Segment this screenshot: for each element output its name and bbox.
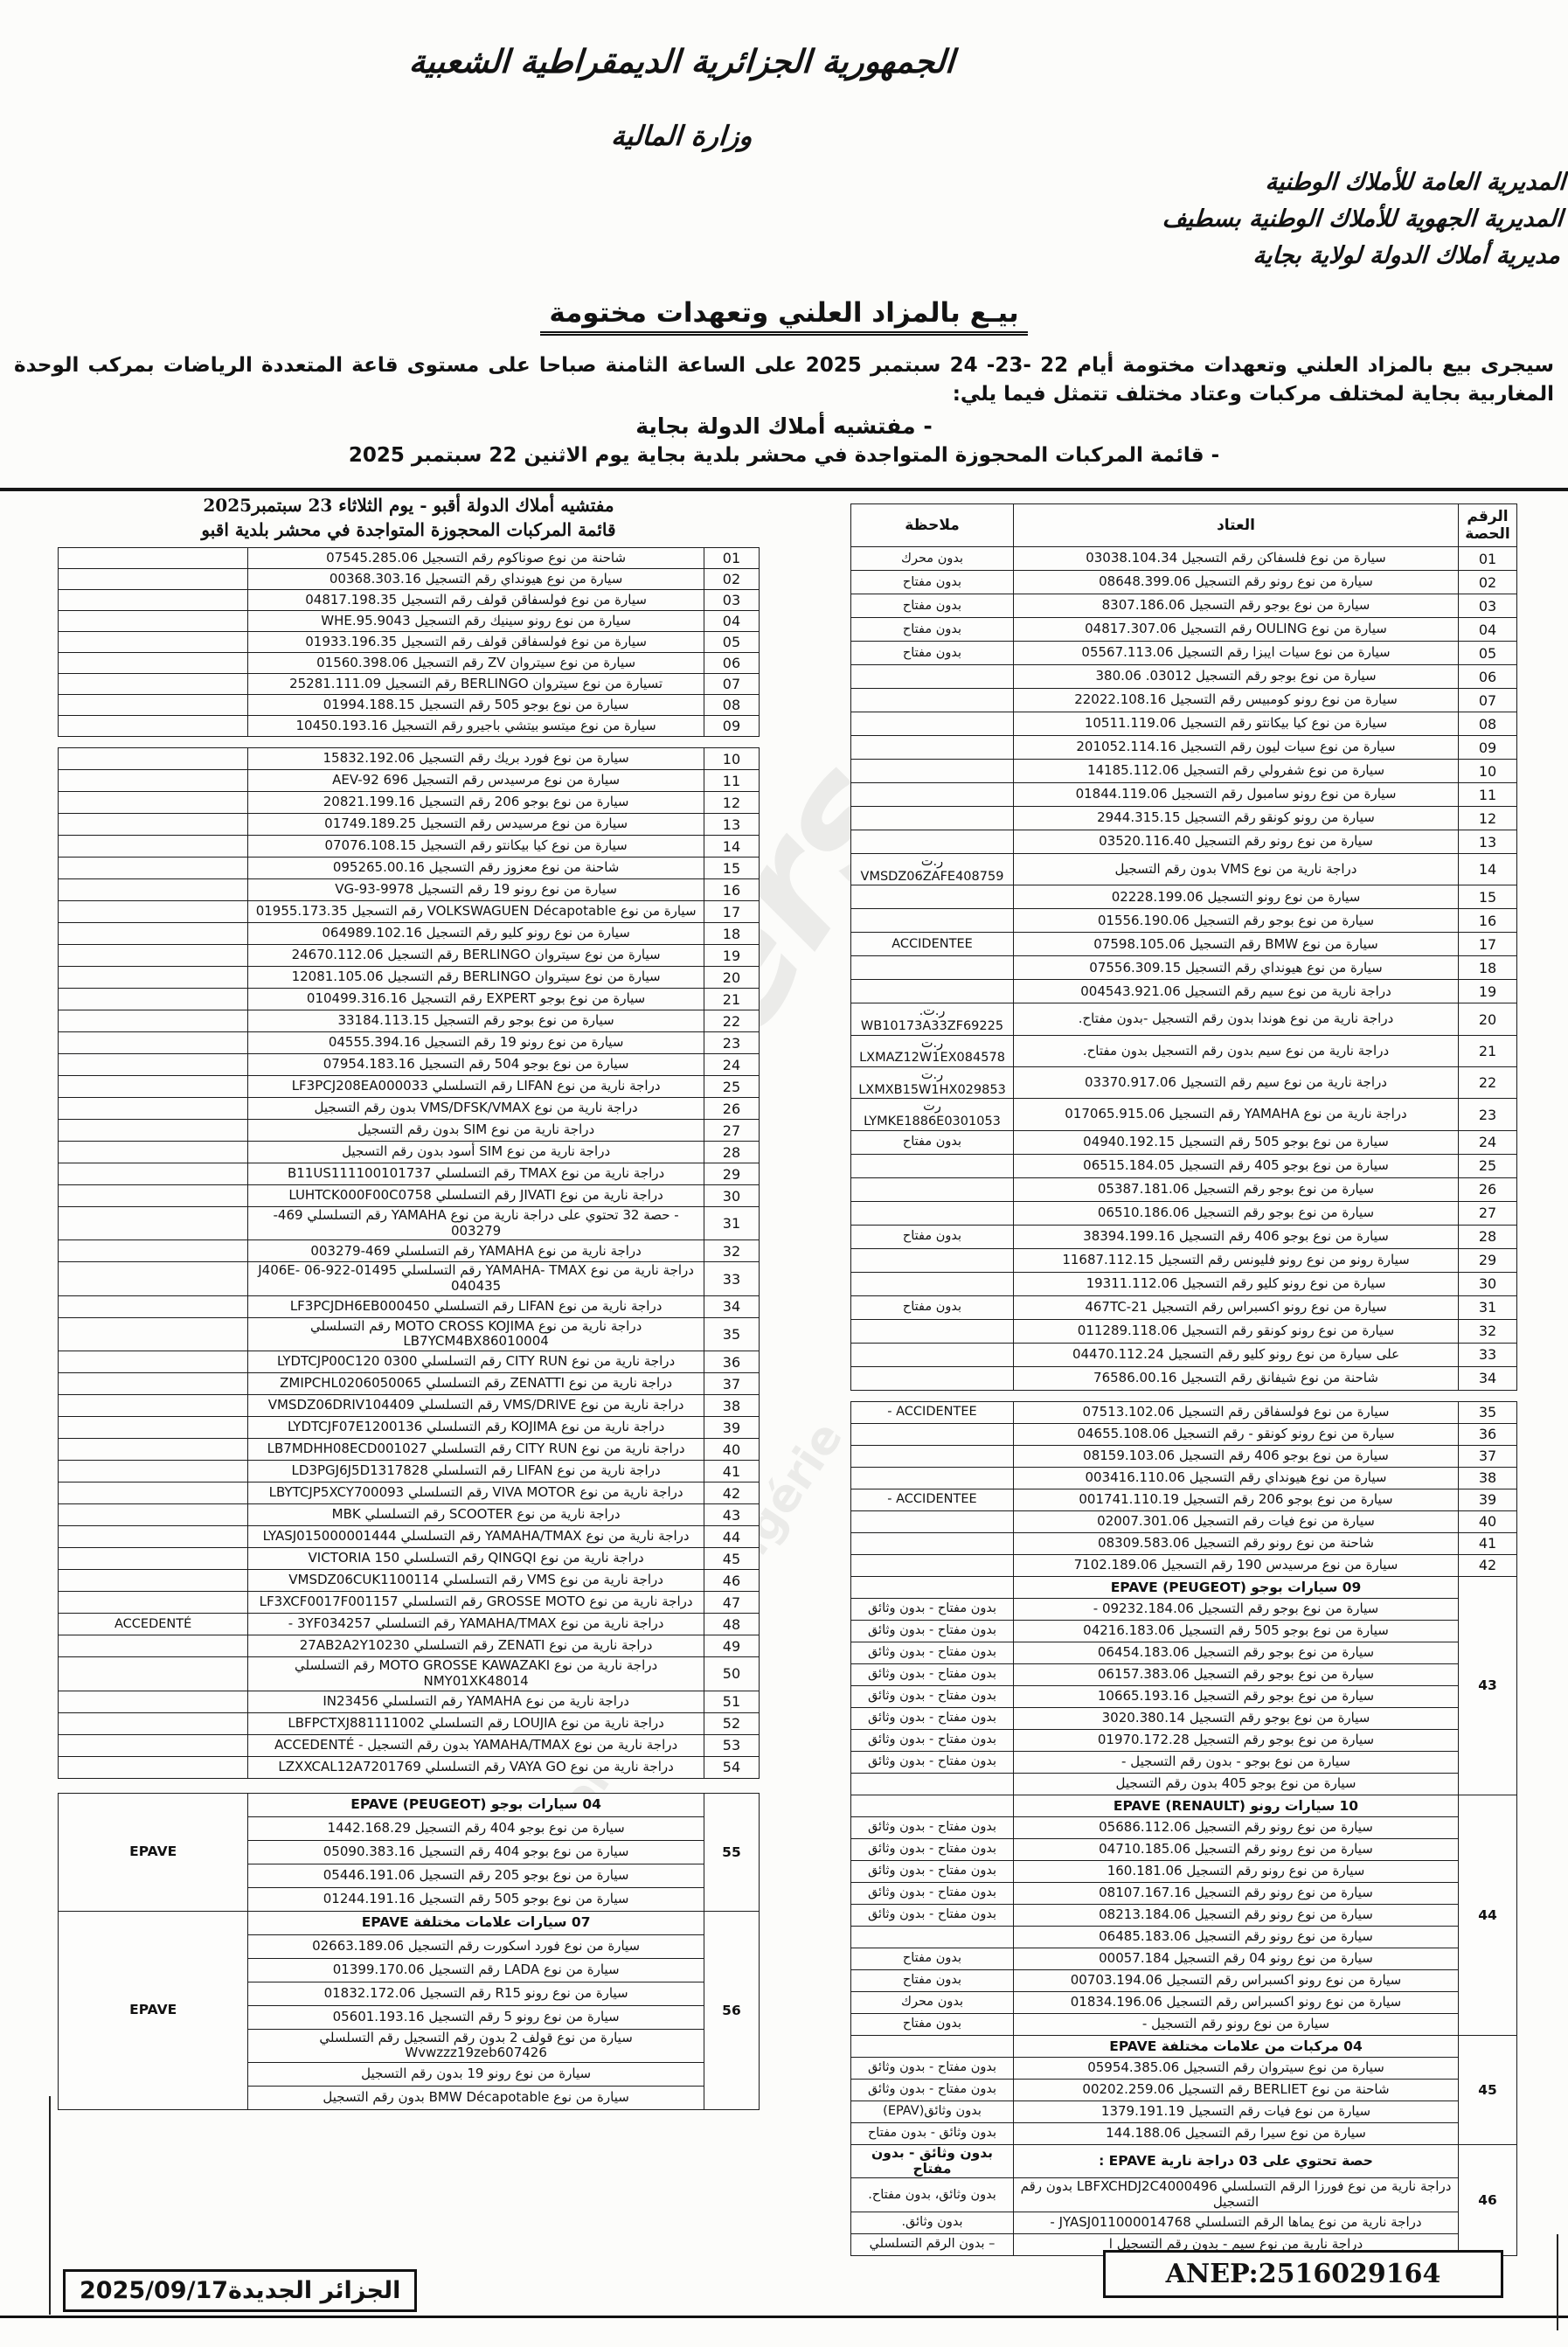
equipment-cell: شاحنة من نوع صوناكوم رقم التسجيل 07545.2… — [248, 548, 704, 569]
table-row: 34دراجة نارية من نوع LIFAN رقم التسلسلي … — [59, 1295, 760, 1317]
lot-number-cell: 46 — [704, 1570, 759, 1592]
right-edge-line — [1557, 2234, 1558, 2330]
equipment-cell: دراجة نارية من نوع JIVATI رقم التسلسلي L… — [248, 1185, 704, 1207]
table-row: سيارة من نوع رونو اكسبراس رقم التسجيل 00… — [851, 1969, 1517, 1991]
note-cell — [59, 1295, 248, 1317]
lot-number-cell: 02 — [1459, 571, 1517, 594]
table-row: 36سيارة من نوع رونو كونقو - رقم التسجيل … — [851, 1423, 1517, 1445]
section-divider — [0, 488, 1568, 491]
lot-number-cell: 44 — [1459, 1795, 1517, 2035]
note-cell — [59, 569, 248, 590]
equipment-cell: سيارة من نوع سيتروان BERLINGO رقم التسجي… — [248, 967, 704, 989]
lot-number-cell: 40 — [1459, 1510, 1517, 1532]
equipment-cell: سيارة من نوع كيا بيكانتو رقم التسجيل 070… — [248, 836, 704, 858]
group-header-row: 46حصة تحتوي على 03 دراجة نارية EPAVE :بد… — [851, 2144, 1517, 2178]
equipment-cell: سيارة من نوع رونو R15 رقم التسجيل 01832.… — [248, 1982, 704, 2005]
table-row: 22دراجة نارية من نوع سيم رقم التسجيل 033… — [851, 1067, 1517, 1099]
equipment-cell: سيارة رونو من نوع رونو فليونس رقم التسجي… — [1014, 1248, 1459, 1272]
ministry-heading: وزارة المالية — [471, 121, 893, 152]
lot-number-cell: 30 — [704, 1185, 759, 1207]
note-cell: بدون مفتاح — [851, 1225, 1014, 1248]
equipment-cell: سيارة من نوع بوجو 505 رقم التسجيل 01994.… — [248, 695, 704, 716]
lot-number-cell: 21 — [1459, 1035, 1517, 1066]
equipment-cell: سيارة من نوع مرسيدس رقم التسجيل 696 AEV-… — [248, 770, 704, 792]
equipment-cell: دراجة نارية من نوع VMS/DFSK/VMAX بدون رق… — [248, 1098, 704, 1120]
note-cell — [59, 632, 248, 653]
note-cell: بدون مفتاح - بدون وثائق — [851, 1882, 1014, 1904]
equipment-cell: سيارة من نوع بوجو رقم التسجيل 06454.183.… — [1014, 1642, 1459, 1663]
document-title: بيـع بالمزاد العلني وتعهدات مختومة — [0, 297, 1568, 329]
note-cell — [851, 1272, 1014, 1295]
lot-number-cell: 51 — [704, 1691, 759, 1712]
note-cell — [59, 814, 248, 836]
lot-number-cell: 03 — [704, 590, 759, 611]
lot-number-cell: 30 — [1459, 1272, 1517, 1295]
lot-number-cell: 10 — [1459, 760, 1517, 783]
lot-number-cell: 24 — [704, 1054, 759, 1076]
note-cell — [59, 1032, 248, 1054]
table-row: 11سيارة من نوع رونو سامبول رقم التسجيل 0… — [851, 783, 1517, 807]
note-cell: بدون مفتاح - بدون وثائق — [851, 2079, 1014, 2100]
table-row: 50دراجة نارية من نوع MOTO GROSSE KAWAZAK… — [59, 1657, 760, 1691]
equipment-cell: سيارة من نوع بوجو 505 رقم التسجيل 01244.… — [248, 1887, 704, 1911]
document-title-text: بيـع بالمزاد العلني وتعهدات مختومة — [540, 297, 1027, 336]
table-row: 20سيارة من نوع سيتروان BERLINGO رقم التس… — [59, 967, 760, 989]
table-row: 52دراجة نارية من نوع LOUJIA رقم التسلسلي… — [59, 1712, 760, 1734]
equipment-cell: دراجة نارية من نوع فورزا الرقم التسلسلي … — [1014, 2178, 1459, 2212]
lot-number-cell: 22 — [1459, 1067, 1517, 1099]
lot-number-cell: 03 — [1459, 594, 1517, 618]
equipment-cell: سيارة من نوع BMW Décapotable بدون رقم ال… — [248, 2086, 704, 2109]
lot-number-cell: 04 — [704, 611, 759, 632]
equipment-cell: سيارة من نوع رونو 19 رقم التسجيل 04555.3… — [248, 1032, 704, 1054]
equipment-cell: دراجة نارية من نوع CITY RUN رقم التسلسلي… — [248, 1439, 704, 1461]
table-row: 40سيارة من نوع فيات رقم التسجيل 02007.30… — [851, 1510, 1517, 1532]
lot-number-cell: 20 — [704, 967, 759, 989]
note-cell — [59, 1185, 248, 1207]
directorates-block: المديرية العامة للأملاك الوطنية المديرية… — [1159, 164, 1567, 274]
note-cell — [59, 1010, 248, 1032]
equipment-cell: سيارة من نوع بوجو رقم التسجيل 10665.193.… — [1014, 1685, 1459, 1707]
lot-number-cell: 32 — [1459, 1319, 1517, 1343]
equipment-cell: شاحنة من نوع شيفانق رقم التسجيل 76586.00… — [1014, 1366, 1459, 1390]
table-row: 03سيارة من نوع فولسفاقن قولف رقم التسجيل… — [59, 590, 760, 611]
note-cell: بدون مفتاح - بدون وثائق — [851, 1838, 1014, 1860]
note-cell — [851, 760, 1014, 783]
equipment-cell: سيارة من نوع رونو كومبيس رقم التسجيل 220… — [1014, 689, 1459, 712]
equipment-cell: سيارة من نوع رونو سينيك رقم التسجيل 9043… — [248, 611, 704, 632]
note-cell: بدون وثائق. — [851, 2212, 1014, 2233]
lot-number-cell: 43 — [1459, 1576, 1517, 1795]
note-cell — [59, 1317, 248, 1351]
note-cell: ر.ت LXMXB15W1HX029853 — [851, 1067, 1014, 1099]
note-cell — [59, 858, 248, 879]
table-row: 23دراجة نارية من نوع YAMAHA رقم التسجيل … — [851, 1099, 1517, 1130]
equipment-cell: سيارة من نوع رونو رقم التسجيل - — [1014, 2013, 1459, 2035]
equipment-cell: سيارة من نوع بوجو رقم التسجيل 05387.181.… — [1014, 1177, 1459, 1201]
lot-number-cell: 11 — [1459, 783, 1517, 807]
table-row: 02سيارة من نوع هيونداي رقم التسجيل 00368… — [59, 569, 760, 590]
note-cell: بدون محرك — [851, 1991, 1014, 2013]
lot-number-cell: 14 — [1459, 854, 1517, 885]
note-cell — [59, 1120, 248, 1142]
equipment-cell: سيارة من نوع بوجو رقم التسجيل 06510.186.… — [1014, 1201, 1459, 1225]
lot-number-cell: 11 — [704, 770, 759, 792]
table-row: 53دراجة نارية من نوع YAMAHA/TMAX بدون رق… — [59, 1734, 760, 1756]
equipment-cell: سيارة من نوع شفرولي رقم التسجيل 14185.11… — [1014, 760, 1459, 783]
lot-number-cell: 29 — [704, 1163, 759, 1185]
equipment-cell: دراجة نارية من نوع هوندا بدون رقم التسجي… — [1014, 1003, 1459, 1035]
bejaia-header-row: الرقم الحصة العتاد ملاحظة — [851, 504, 1517, 547]
equipment-cell: دراجة نارية من نوع MOTO GROSSE KAWAZAKI … — [248, 1657, 704, 1691]
equipment-cell: سيارة من نوع رونو رقم التسجيل 03520.116.… — [1014, 830, 1459, 854]
equipment-cell: 09 سيارات بوجو EPAVE (PEUGEOT) — [1014, 1576, 1459, 1598]
lot-number-cell: 22 — [704, 1010, 759, 1032]
lot-number-cell: 26 — [1459, 1177, 1517, 1201]
equipment-cell: سيارة من نوع رونو 04 رقم التسجيل 00057.1… — [1014, 1948, 1459, 1969]
table-row: 21دراجة نارية من نوع سيم بدون رقم التسجي… — [851, 1035, 1517, 1066]
table-row: 41دراجة نارية من نوع LIFAN رقم التسلسلي … — [59, 1461, 760, 1482]
lot-number-cell: 42 — [704, 1482, 759, 1504]
table-row: 30دراجة نارية من نوع JIVATI رقم التسلسلي… — [59, 1185, 760, 1207]
table-row: 12سيارة من نوع بوجو 206 رقم التسجيل 2082… — [59, 792, 760, 814]
lot-number-cell: 46 — [1459, 2144, 1517, 2255]
anep-reference-box: ANEP:2516029164 — [1103, 2250, 1503, 2298]
lot-number-cell: 05 — [704, 632, 759, 653]
table-row: 09سيارة من نوع سيات ليون رقم التسجيل 201… — [851, 736, 1517, 760]
table-row: 06سيارة من نوع بوجو رقم التسجيل 03012. 3… — [851, 665, 1517, 689]
equipment-cell: سيارة من نوع هيونداي رقم التسجيل 00368.3… — [248, 569, 704, 590]
lot-number-cell: 25 — [1459, 1154, 1517, 1177]
equipment-cell: دراجة نارية من نوع LIFAN رقم التسلسلي LD… — [248, 1461, 704, 1482]
note-cell: EPAVE — [59, 1911, 248, 2109]
lot-number-cell: 33 — [704, 1262, 759, 1295]
note-cell — [851, 736, 1014, 760]
note-cell: بدون مفتاح - بدون وثائق — [851, 2057, 1014, 2079]
lot-number-cell: 01 — [704, 548, 759, 569]
note-cell: بدون مفتاح - بدون وثائق — [851, 1663, 1014, 1685]
table-row: سيارة من نوع سيرا رقم التسجيل 144.188.06… — [851, 2122, 1517, 2144]
equipment-cell: سيارة من نوع OULING رقم التسجيل 04817.30… — [1014, 618, 1459, 642]
note-cell — [59, 653, 248, 674]
table-row: 04سيارة من نوع رونو سينيك رقم التسجيل 90… — [59, 611, 760, 632]
table-row: 17سيارة من نوع VOLKSWAGUEN Décapotable ر… — [59, 901, 760, 923]
equipment-cell: دراجة نارية من نوع YAMAHA رقم التسلسلي 4… — [248, 1240, 704, 1262]
lot-number-cell: 47 — [704, 1592, 759, 1614]
lot-number-cell: 06 — [704, 653, 759, 674]
equipment-cell: 04 سيارات بوجو EPAVE (PEUGEOT) — [248, 1793, 704, 1816]
equipment-cell: سيارة من نوع رونو رقم التسجيل 04710.185.… — [1014, 1838, 1459, 1860]
table-row: 33دراجة نارية من نوع YAMAHA- TMAX رقم ال… — [59, 1262, 760, 1295]
note-cell: بدون مفتاح - بدون وثائق — [851, 1860, 1014, 1882]
equipment-cell: سيارة من نوع بوجو رقم التسجيل 03012. 380… — [1014, 665, 1459, 689]
note-cell — [851, 1423, 1014, 1445]
table-row: 39دراجة نارية من نوع KOJIMA رقم التسلسلي… — [59, 1417, 760, 1439]
lot-number-cell: 09 — [704, 716, 759, 737]
note-cell — [851, 1201, 1014, 1225]
note-cell — [59, 1570, 248, 1592]
equipment-cell: دراجة نارية من نوع YAMAHA/TMAX رقم التسل… — [248, 1614, 704, 1635]
equipment-cell: سيارة من نوع رونو اكسبراس رقم التسجيل 01… — [1014, 1991, 1459, 2013]
note-cell — [59, 1734, 248, 1756]
equipment-cell: دراجة نارية من نوع SCOOTER رقم التسلسلي … — [248, 1504, 704, 1526]
lot-number-cell: 17 — [704, 901, 759, 923]
aqbou-subheading: قائمة المركبات المحجوزة المتواجدة في محش… — [58, 519, 760, 540]
equipment-cell: سيارة من نوع بوجو 206 رقم التسجيل 20821.… — [248, 792, 704, 814]
table-row: 24سيارة من نوع بوجو 504 رقم التسجيل 0795… — [59, 1054, 760, 1076]
note-cell: بدون مفتاح - بدون وثائق — [851, 1816, 1014, 1838]
equipment-cell: دراجة نارية من نوع VMS بدون رقم التسجيل — [1014, 854, 1459, 885]
note-cell — [59, 967, 248, 989]
equipment-cell: حصة تحتوي على 03 دراجة نارية EPAVE : — [1014, 2144, 1459, 2178]
lot-number-cell: 25 — [704, 1076, 759, 1098]
lot-number-cell: 13 — [704, 814, 759, 836]
lot-number-cell: 50 — [704, 1657, 759, 1691]
lot-number-cell: 32 — [704, 1240, 759, 1262]
equipment-cell: دراجة نارية من نوع TMAX رقم التسلسلي B11… — [248, 1163, 704, 1185]
note-cell — [59, 1417, 248, 1439]
table-row: 14دراجة نارية من نوع VMS بدون رقم التسجي… — [851, 854, 1517, 885]
equipment-cell: سيارة من نوع مرسيدس 190 رقم التسجيل 7102… — [1014, 1554, 1459, 1576]
equipment-cell: سيارة من نوع بوجو رقم التسجيل 8307.186.0… — [1014, 594, 1459, 618]
newspaper-date-box: الجزائر الجديدة2025/09/17 — [63, 2269, 417, 2312]
note-cell: بدون مفتاح - بدون وثائق — [851, 1685, 1014, 1707]
lot-number-cell: 35 — [704, 1317, 759, 1351]
table-row: 09سيارة من نوع ميتسو بيتشي باجيرو رقم ال… — [59, 716, 760, 737]
equipment-cell: سيارة من نوع رونو كليو رقم التسجيل 06498… — [248, 923, 704, 945]
equipment-cell: دراجة نارية من نوع MOTO CROSS KOJIMA رقم… — [248, 1317, 704, 1351]
note-cell: بدون وثائق - بدون مفتاح — [851, 2144, 1014, 2178]
equipment-cell: دراجة نارية من نوع YAMAHA رقم التسلسلي I… — [248, 1691, 704, 1712]
note-cell — [59, 1373, 248, 1395]
note-cell — [59, 1098, 248, 1120]
equipment-cell: سيارة من نوع قولف 2 بدون رقم التسجيل رقم… — [248, 2029, 704, 2062]
note-cell — [851, 2035, 1014, 2057]
equipment-cell: دراجة نارية من نوع سيم رقم التسجيل 00454… — [1014, 980, 1459, 1003]
lot-number-cell: 41 — [704, 1461, 759, 1482]
note-cell — [59, 1163, 248, 1185]
lot-number-cell: 34 — [704, 1295, 759, 1317]
note-cell — [851, 712, 1014, 736]
note-cell — [59, 989, 248, 1010]
table-row: 21سيارة من نوع بوجو EXPERT رقم التسجيل 0… — [59, 989, 760, 1010]
note-cell: بدون مفتاح - بدون وثائق — [851, 1904, 1014, 1926]
equipment-cell: دراجة نارية من نوع سيم رقم التسجيل 03370… — [1014, 1067, 1459, 1099]
table-row: 03سيارة من نوع بوجو رقم التسجيل 8307.186… — [851, 594, 1517, 618]
intro-block: سيجرى بيع بالمزاد العلني وتعهدات مختومة … — [14, 351, 1554, 467]
lot-number-cell: 39 — [704, 1417, 759, 1439]
note-cell — [851, 1343, 1014, 1366]
equipment-cell: سيارة من نوع فولسفاقن قولف رقم التسجيل 0… — [248, 632, 704, 653]
equipment-cell: سيارة من نوع بوجو رقم التسجيل 3020.380.1… — [1014, 1707, 1459, 1729]
table-row: 18سيارة من نوع هيونداي رقم التسجيل 07556… — [851, 956, 1517, 980]
table-row: 38دراجة نارية من نوع VMS/DRIVE رقم التسل… — [59, 1395, 760, 1417]
equipment-cell: دراجة نارية من نوع VMS رقم التسلسلي VMSD… — [248, 1570, 704, 1592]
aqbou-column: مفتشيه أملاك الدولة أقبو - يوم الثلاثاء … — [58, 495, 760, 2110]
note-cell — [59, 901, 248, 923]
table-row: 19سيارة من نوع سيتروان BERLINGO رقم التس… — [59, 945, 760, 967]
table-row: 54دراجة نارية من نوع VAYA GO رقم التسلسل… — [59, 1756, 760, 1778]
lot-number-cell: 33 — [1459, 1343, 1517, 1366]
table-row: دراجة نارية من نوع فورزا الرقم التسلسلي … — [851, 2178, 1517, 2212]
equipment-cell: سيارة من نوع سيتروان BERLINGO رقم التسجي… — [248, 945, 704, 967]
note-cell — [59, 1592, 248, 1614]
table-row: 35دراجة نارية من نوع MOTO CROSS KOJIMA ر… — [59, 1317, 760, 1351]
note-cell — [59, 1712, 248, 1734]
table-row: سيارة من نوع رونو رقم التسجيل 05686.112.… — [851, 1816, 1517, 1838]
note-cell — [59, 792, 248, 814]
table-row: 37سيارة من نوع بوجو 406 رقم التسجيل 0815… — [851, 1445, 1517, 1467]
intro-list-line: - قائمة المركبات المحجوزة المتواجدة في م… — [14, 444, 1554, 467]
note-cell — [851, 1319, 1014, 1343]
lot-number-cell: 18 — [704, 923, 759, 945]
lot-number-cell: 37 — [704, 1373, 759, 1395]
lot-number-cell: 05 — [1459, 642, 1517, 665]
equipment-cell: 10 سيارات رونو EPAVE (RENAULT) — [1014, 1795, 1459, 1816]
equipment-cell: 07 سيارات علامات مختلفة EPAVE — [248, 1911, 704, 1934]
equipment-cell: تسيارة من نوع سيتروان BERLINGO رقم التسج… — [248, 674, 704, 695]
intro-paragraph: سيجرى بيع بالمزاد العلني وتعهدات مختومة … — [14, 351, 1554, 410]
note-cell: بدون وثائق(EPAV) — [851, 2100, 1014, 2122]
equipment-cell: سيارة من نوع بوجو رقم التسجيل 01970.172.… — [1014, 1729, 1459, 1751]
equipment-cell: سيارة من نوع فورد بريك رقم التسجيل 15832… — [248, 748, 704, 770]
equipment-cell: سيارة من نوع سيات ايبزا رقم التسجيل 0556… — [1014, 642, 1459, 665]
lot-number-cell: 56 — [704, 1911, 759, 2109]
note-cell: بدون مفتاح — [851, 594, 1014, 618]
equipment-cell: سيارة من نوع رونو 5 رقم التسجيل 05601.19… — [248, 2005, 704, 2029]
lot-number-cell: 17 — [1459, 933, 1517, 956]
table-row: سيارة من نوع بوجو - بدون رقم التسجيل -بد… — [851, 1751, 1517, 1773]
lot-number-cell: 29 — [1459, 1248, 1517, 1272]
note-cell — [59, 548, 248, 569]
note-cell — [59, 1439, 248, 1461]
equipment-cell: دراجة نارية من نوع LOUJIA رقم التسلسلي L… — [248, 1712, 704, 1734]
note-cell — [59, 1461, 248, 1482]
equipment-cell: سيارة من نوع بوجو 404 رقم التسجيل 05090.… — [248, 1840, 704, 1864]
note-cell — [59, 1504, 248, 1526]
lot-number-cell: 16 — [704, 879, 759, 901]
lot-number-cell: 27 — [1459, 1201, 1517, 1225]
lot-number-cell: 10 — [704, 748, 759, 770]
table-row: 25سيارة من نوع بوجو 405 رقم التسجيل 0651… — [851, 1154, 1517, 1177]
table-row: سيارة من نوع بوجو 505 رقم التسجيل 04216.… — [851, 1620, 1517, 1642]
aqbou-table-block3: 5504 سيارات بوجو EPAVE (PEUGEOT)EPAVEسيا… — [58, 1793, 760, 2110]
equipment-cell: سيارة من رونو كونقو رقم التسجيل 2944.315… — [1014, 807, 1459, 830]
table-row: 27سيارة من نوع بوجو رقم التسجيل 06510.18… — [851, 1201, 1517, 1225]
note-cell — [59, 674, 248, 695]
table-row: 10سيارة من نوع شفرولي رقم التسجيل 14185.… — [851, 760, 1517, 783]
lot-number-cell: 06 — [1459, 665, 1517, 689]
lot-number-cell: 26 — [704, 1098, 759, 1120]
table-row: 05سيارة من نوع سيات ايبزا رقم التسجيل 05… — [851, 642, 1517, 665]
equipment-cell: سيارة من نوع بوجو 205 رقم التسجيل 05446.… — [248, 1864, 704, 1887]
lot-number-cell: 44 — [704, 1526, 759, 1548]
equipment-cell: شاحنة من نوع رونو رقم التسجيل 08309.583.… — [1014, 1532, 1459, 1554]
equipment-cell: دراجة نارية من نوع CITY RUN رقم التسلسلي… — [248, 1351, 704, 1373]
note-cell — [851, 885, 1014, 909]
lot-number-cell: 49 — [704, 1635, 759, 1657]
equipment-cell: سيارة من نوع سيتروان رقم التسجيل 05954.3… — [1014, 2057, 1459, 2079]
equipment-cell: سيارة من نوع بوجو 505 رقم التسجيل 04216.… — [1014, 1620, 1459, 1642]
note-cell — [59, 836, 248, 858]
equipment-cell: سيارة من نوع بوجو رقم التسجيل 01556.190.… — [1014, 909, 1459, 933]
equipment-cell: سيارة من نوع بوجو رقم التسجيل 06157.383.… — [1014, 1663, 1459, 1685]
note-cell: EPAVE — [59, 1793, 248, 1911]
table-row: 19دراجة نارية من نوع سيم رقم التسجيل 004… — [851, 980, 1517, 1003]
note-cell: بدون مفتاح — [851, 1295, 1014, 1319]
lot-number-cell: 38 — [1459, 1467, 1517, 1489]
lot-number-cell: 14 — [704, 836, 759, 858]
equipment-cell: سيارة من نوع بوجو 405 رقم التسجيل 06515.… — [1014, 1154, 1459, 1177]
republic-heading: الجمهورية الجزائرية الديمقراطية الشعبية — [260, 42, 1102, 80]
equipment-cell: دراجة نارية من نوع VMS/DRIVE رقم التسلسل… — [248, 1395, 704, 1417]
equipment-cell: سيارة من نوع فولسفاقن قولف رقم التسجيل 0… — [248, 590, 704, 611]
directorate-line: المديرية الجهوية للأملاك الوطنية بسطيف — [1162, 201, 1565, 238]
lot-number-cell: 36 — [1459, 1423, 1517, 1445]
table-row: 33على سيارة من نوع رونو كليو رقم التسجيل… — [851, 1343, 1517, 1366]
table-row: شاحنة من نوع BERLIET رقم التسجيل 00202.2… — [851, 2079, 1517, 2100]
group-header-row: 4504 مركبات من علامات مختلفة EPAVE — [851, 2035, 1517, 2057]
table-row: 38سيارة من نوع هيونداي رقم التسجيل 00341… — [851, 1467, 1517, 1489]
lot-number-cell: 15 — [704, 858, 759, 879]
table-row: 39سيارة من نوع بوجو 206 رقم التسجيل 0017… — [851, 1489, 1517, 1510]
col-header-note: ملاحظة — [851, 504, 1014, 547]
note-cell — [59, 1054, 248, 1076]
lot-number-cell: 24 — [1459, 1130, 1517, 1154]
table-row: سيارة من نوع رونو 04 رقم التسجيل 00057.1… — [851, 1948, 1517, 1969]
lot-number-cell: 20 — [1459, 1003, 1517, 1035]
note-cell — [851, 1467, 1014, 1489]
equipment-cell: سيارة من نوع بوجو 406 رقم التسجيل 08159.… — [1014, 1445, 1459, 1467]
col-header-lot: الرقم الحصة — [1459, 504, 1517, 547]
equipment-cell: دراجة نارية من نوع QINGQI رقم التسلسلي V… — [248, 1548, 704, 1570]
table-row: سيارة من نوع رونو رقم التسجيل 06485.183.… — [851, 1926, 1517, 1948]
group-header-row: 4309 سيارات بوجو EPAVE (PEUGEOT) — [851, 1576, 1517, 1598]
note-cell — [851, 1154, 1014, 1177]
equipment-cell: سيارة من نوع بوجو 505 رقم التسجيل 04940.… — [1014, 1130, 1459, 1154]
table-row: 08سيارة من نوع كيا بيكانتو رقم التسجيل 1… — [851, 712, 1517, 736]
table-row: 10سيارة من نوع فورد بريك رقم التسجيل 158… — [59, 748, 760, 770]
lot-number-cell: 12 — [1459, 807, 1517, 830]
lot-number-cell: 07 — [1459, 689, 1517, 712]
note-cell: ACCIDENTEE - — [851, 1489, 1014, 1510]
equipment-cell: سيارة من نوع بوجو رقم التسجيل 33184.113.… — [248, 1010, 704, 1032]
col-header-equipment: العتاد — [1014, 504, 1459, 547]
equipment-cell: دراجة نارية من نوع GROSSE MOTO رقم التسل… — [248, 1592, 704, 1614]
lot-number-cell: 18 — [1459, 956, 1517, 980]
equipment-cell: سيارة من نوع سيتروان ZV رقم التسجيل 0156… — [248, 653, 704, 674]
table-row: 49دراجة نارية من نوع ZENATI رقم التسلسلي… — [59, 1635, 760, 1657]
equipment-cell: شاحنة من نوع معزوز رقم التسجيل 095265.00… — [248, 858, 704, 879]
note-cell — [851, 807, 1014, 830]
table-row: سيارة من نوع بوجو رقم التسجيل 01970.172.… — [851, 1729, 1517, 1751]
note-cell — [59, 945, 248, 967]
equipment-cell: دراجة نارية من نوع ZENATTI رقم التسلسلي … — [248, 1373, 704, 1395]
lot-number-cell: 52 — [704, 1712, 759, 1734]
note-cell: – بدون الرقم التسلسلي — [851, 2233, 1014, 2255]
note-cell: بدون مفتاح - بدون وثائق — [851, 1620, 1014, 1642]
note-cell — [851, 1576, 1014, 1598]
note-cell — [59, 1526, 248, 1548]
note-cell: بدون مفتاح - بدون وثائق — [851, 1729, 1014, 1751]
equipment-cell: سيارة من نوع بوجو 206 رقم التسجيل 001741… — [1014, 1489, 1459, 1510]
note-cell — [59, 695, 248, 716]
equipment-cell: سيارة من نوع بوجو 405 بدون رقم التسجيل — [1014, 1773, 1459, 1795]
lot-number-cell: 19 — [704, 945, 759, 967]
equipment-cell: دراجة نارية من نوع YAMAHA/TMAX رقم التسل… — [248, 1526, 704, 1548]
lot-number-cell: 08 — [1459, 712, 1517, 736]
table-row: 13سيارة من نوع رونو رقم التسجيل 03520.11… — [851, 830, 1517, 854]
